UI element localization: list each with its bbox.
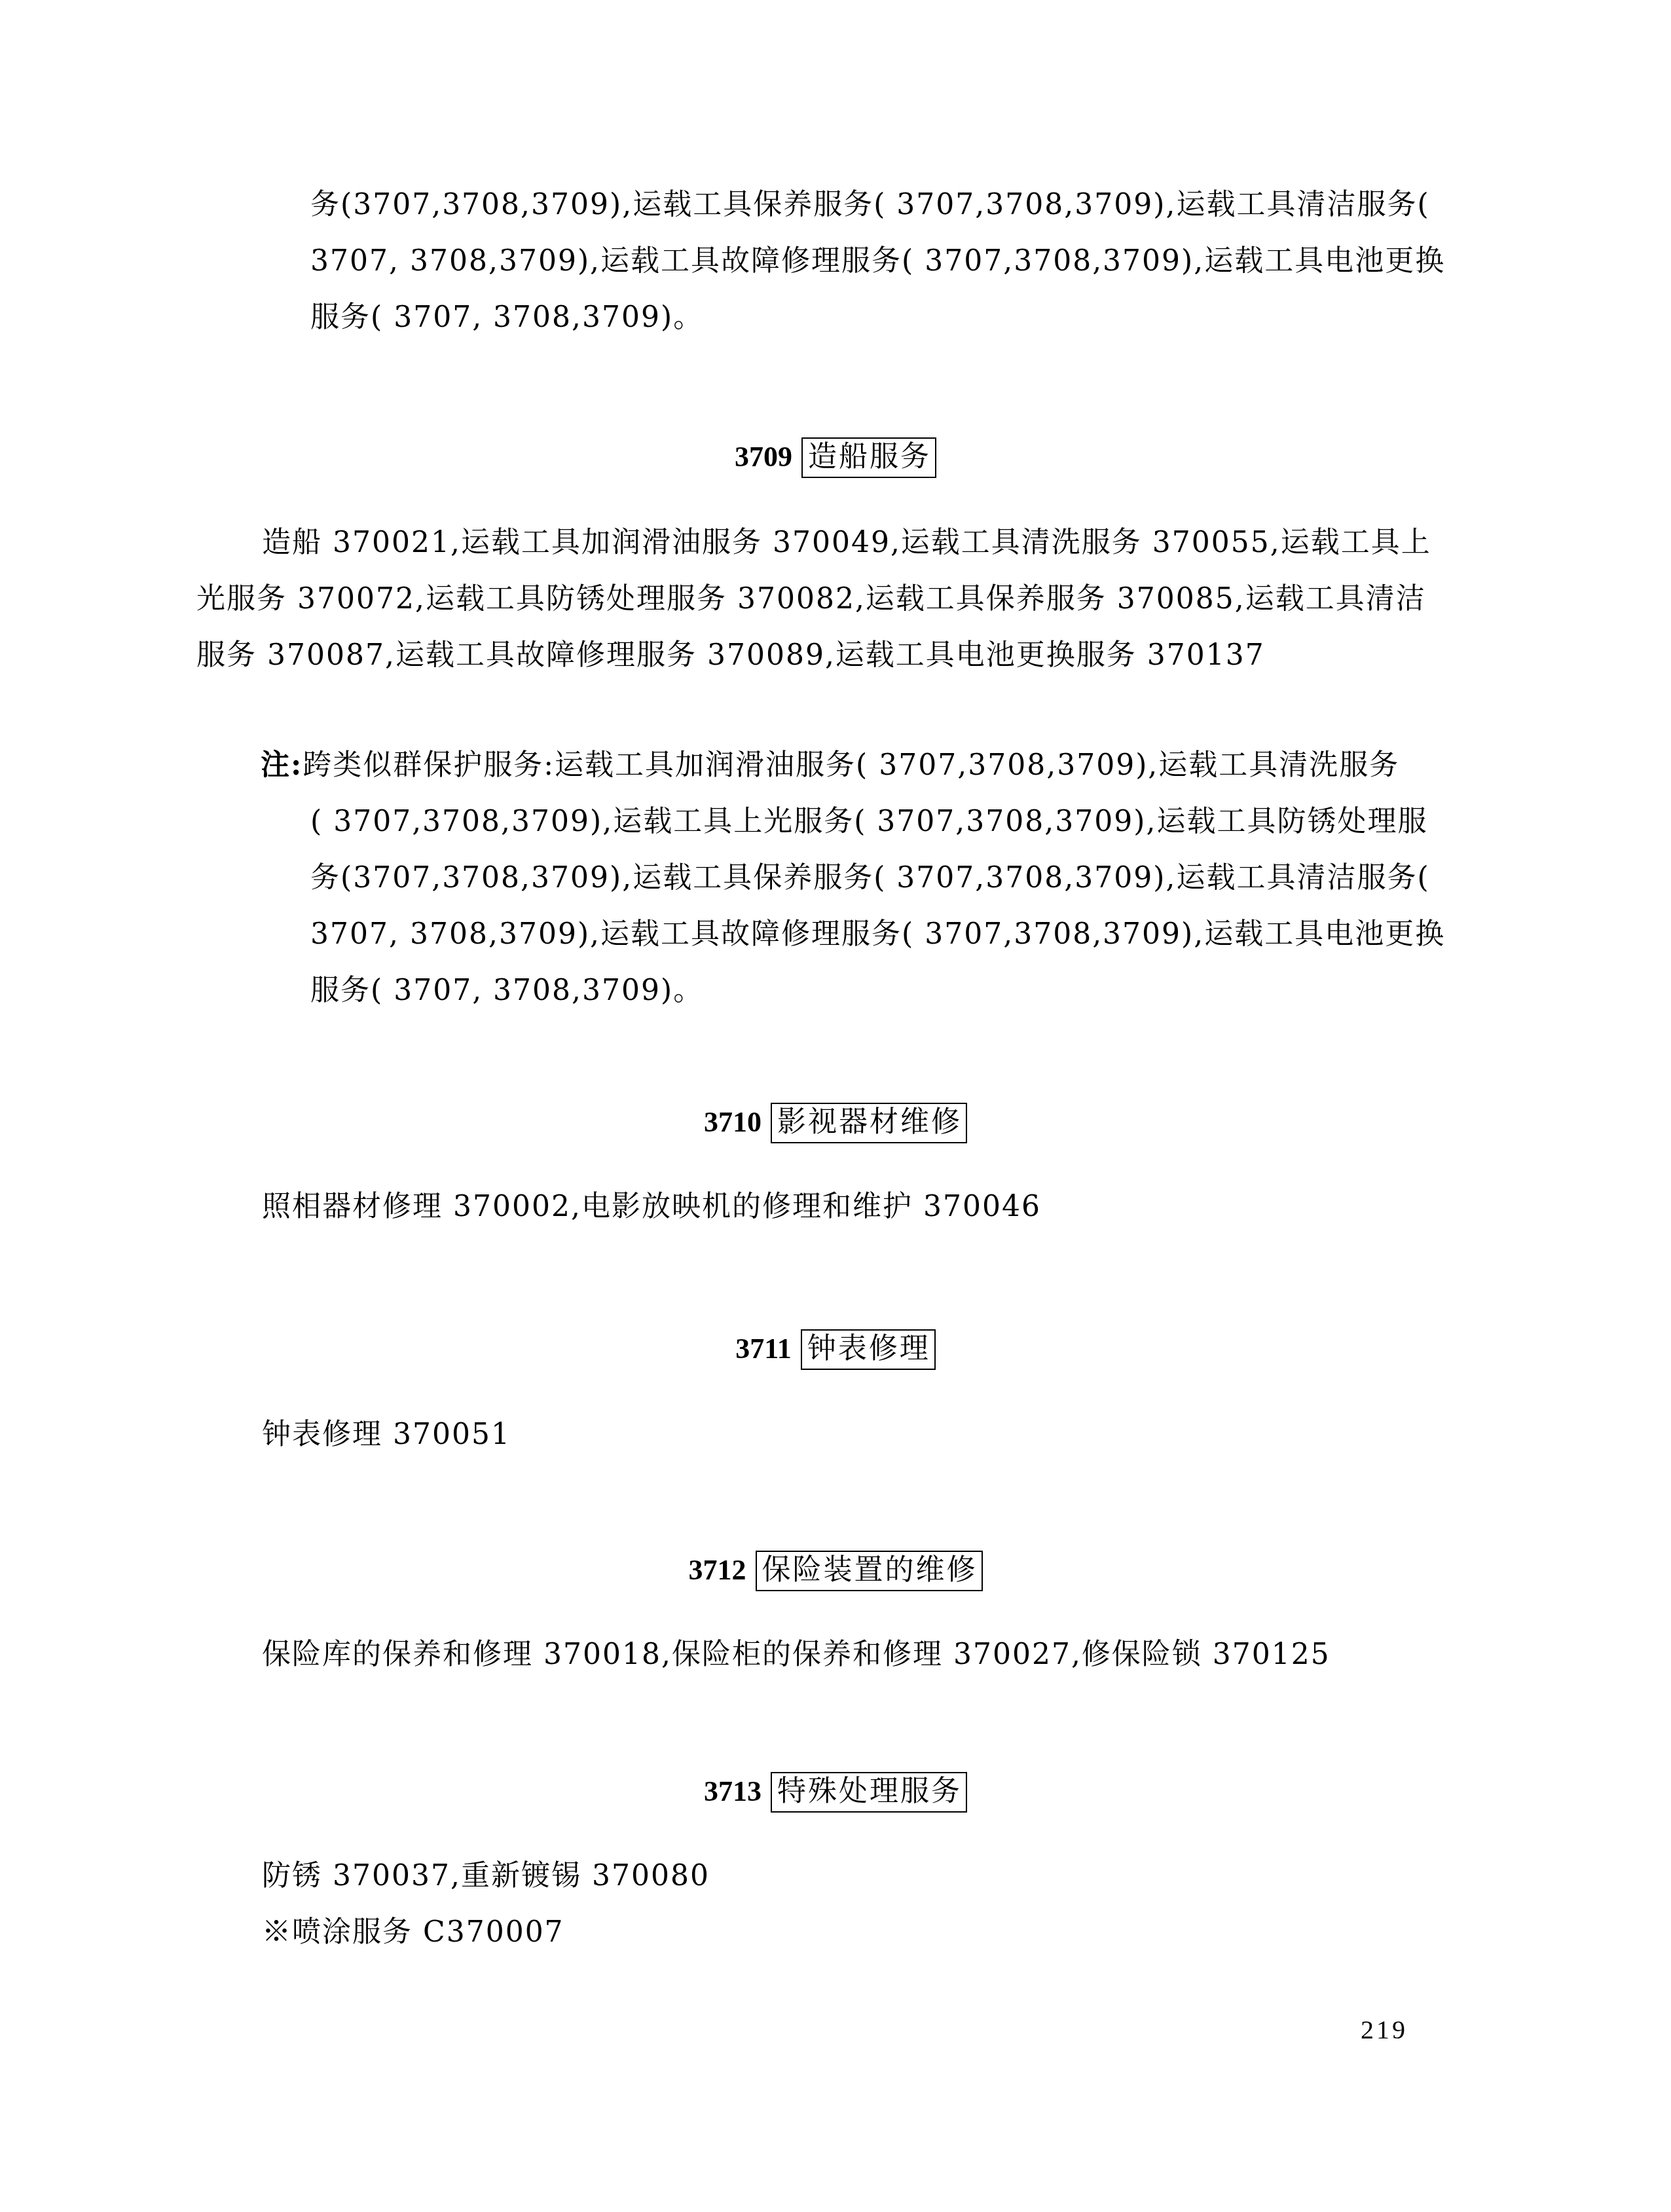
body-line: 光服务 370072,运载工具防锈处理服务 370082,运载工具保养服务 37…	[196, 571, 1431, 627]
section-body-3710: 照相器材修理 370002,电影放映机的修理和维护 370046	[262, 1179, 1041, 1235]
section-body-3713: 防锈 370037,重新镀锡 370080 ※喷涂服务 C370007	[262, 1848, 710, 1961]
body-line: 服务 370087,运载工具故障修理服务 370089,运载工具电池更换服务 3…	[196, 627, 1431, 684]
note-line: 3707, 3708,3709),运载工具故障修理服务( 3707,3708,3…	[310, 233, 1445, 289]
document-page: 务(3707,3708,3709),运载工具保养服务( 3707,3708,37…	[0, 0, 1671, 2212]
section-code: 3713	[704, 1775, 762, 1807]
note-line: 服务( 3707, 3708,3709)。	[261, 963, 1445, 1019]
body-line: 保险库的保养和修理 370018,保险柜的保养和修理 370027,修保险锁 3…	[262, 1627, 1331, 1683]
section-title: 造船服务	[801, 437, 936, 478]
body-line: 钟表修理 370051	[262, 1407, 511, 1463]
note-line: ( 3707,3708,3709),运载工具上光服务( 3707,3708,37…	[261, 794, 1445, 850]
section-code: 3710	[704, 1106, 762, 1138]
section-code: 3709	[735, 441, 792, 473]
section-title: 保险装置的维修	[756, 1551, 983, 1591]
continued-note: 务(3707,3708,3709),运载工具保养服务( 3707,3708,37…	[310, 177, 1445, 346]
section-heading-3709: 3709造船服务	[0, 437, 1671, 478]
body-line: 照相器材修理 370002,电影放映机的修理和维护 370046	[262, 1179, 1041, 1235]
note-line: 务(3707,3708,3709),运载工具保养服务( 3707,3708,37…	[261, 850, 1445, 906]
section-body-3711: 钟表修理 370051	[262, 1407, 511, 1463]
note-label: 注:	[261, 748, 303, 782]
body-line: 造船 370021,运载工具加润滑油服务 370049,运载工具清洗服务 370…	[196, 515, 1431, 571]
note-line: 3707, 3708,3709),运载工具故障修理服务( 3707,3708,3…	[261, 906, 1445, 963]
section-note-3709: 注:跨类似群保护服务:运载工具加润滑油服务( 3707,3708,3709),运…	[261, 737, 1445, 1019]
section-heading-3710: 3710影视器材维修	[0, 1103, 1671, 1143]
section-heading-3713: 3713特殊处理服务	[0, 1772, 1671, 1813]
section-code: 3712	[689, 1554, 746, 1586]
section-title: 钟表修理	[801, 1329, 936, 1370]
page-number: 219	[1361, 2014, 1408, 2045]
body-line: 防锈 370037,重新镀锡 370080	[262, 1848, 710, 1904]
section-body-3709: 造船 370021,运载工具加润滑油服务 370049,运载工具清洗服务 370…	[196, 515, 1431, 684]
section-heading-3712: 3712保险装置的维修	[0, 1551, 1671, 1591]
body-line: ※喷涂服务 C370007	[262, 1904, 710, 1961]
section-title: 特殊处理服务	[771, 1772, 967, 1813]
section-body-3712: 保险库的保养和修理 370018,保险柜的保养和修理 370027,修保险锁 3…	[262, 1627, 1331, 1683]
section-heading-3711: 3711钟表修理	[0, 1329, 1671, 1370]
note-line: 务(3707,3708,3709),运载工具保养服务( 3707,3708,37…	[310, 177, 1445, 233]
section-code: 3711	[735, 1333, 792, 1365]
section-title: 影视器材维修	[771, 1103, 967, 1143]
note-line: 跨类似群保护服务:运载工具加润滑油服务( 3707,3708,3709),运载工…	[303, 748, 1399, 782]
note-line: 服务( 3707, 3708,3709)。	[310, 289, 1445, 346]
